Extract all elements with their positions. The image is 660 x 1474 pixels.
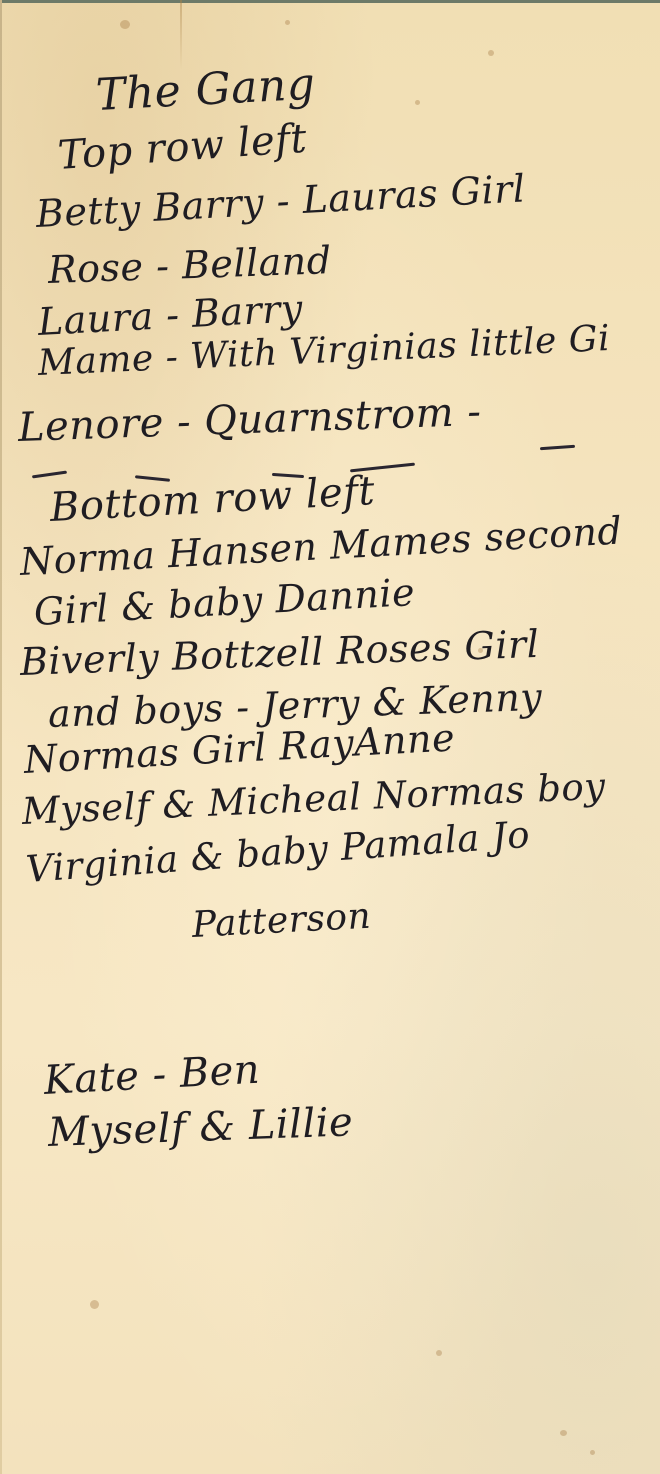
- note-line: Myself & Lillie: [47, 1099, 354, 1156]
- fold-crease: [180, 0, 182, 70]
- left-edge-border: [0, 0, 2, 1474]
- stain-spot: [436, 1350, 442, 1356]
- stain-spot: [120, 20, 130, 29]
- note-line: Biverly Bottzell Roses Girl: [19, 622, 540, 684]
- note-line: Kate - Ben: [43, 1047, 261, 1104]
- separator-dash: [540, 445, 575, 450]
- stain-spot: [560, 1430, 567, 1436]
- note-line: Patterson: [191, 896, 372, 946]
- stain-spot: [90, 1300, 99, 1309]
- stain-spot: [590, 1450, 595, 1455]
- stain-spot: [415, 100, 420, 105]
- aged-paper-page: The Gang Top row left Betty Barry - Laur…: [0, 0, 660, 1474]
- separator-dash: [32, 471, 67, 479]
- section-heading-top-row: Top row left: [56, 116, 308, 179]
- top-edge-border: [0, 0, 660, 3]
- note-line: Betty Barry - Lauras Girl: [35, 166, 527, 236]
- section-heading-bottom-row: Bottom row left: [49, 468, 376, 531]
- stain-spot: [285, 20, 290, 25]
- note-line: Rose - Belland: [47, 238, 332, 292]
- stain-spot: [488, 50, 494, 56]
- note-line: Lenore - Quarnstrom -: [17, 389, 482, 451]
- note-title: The Gang: [95, 59, 317, 121]
